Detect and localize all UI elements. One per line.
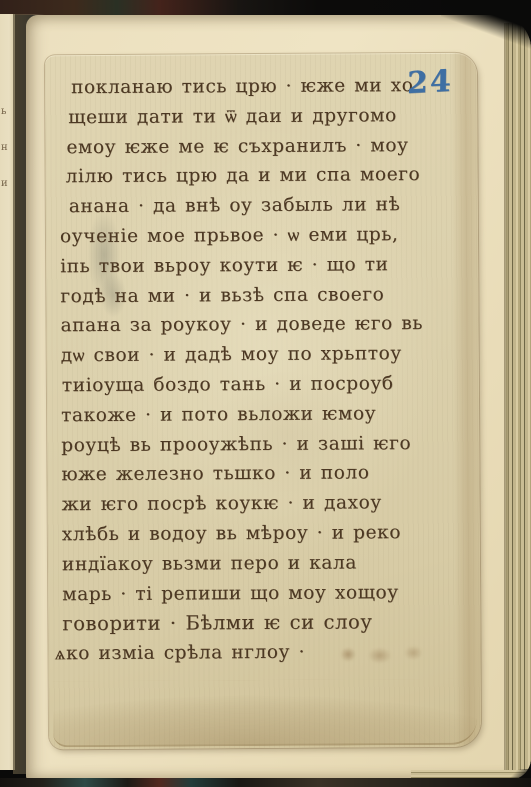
manuscript-page: покланаю тись црю · ѥже ми хо щеши дати … [26,15,531,780]
text-line: такоже · и пото вьложи ѥмоу [61,399,469,431]
text-line: анана · да внѣ оу забыль ли нѣ [69,190,468,222]
text-line: тиіоуща боздо тань · и посроуб [62,369,469,401]
text-line: жи ѥго посрѣ коукѥ · и дахоу [62,488,470,520]
text-line: индїакоу вьзми перо и кала [62,547,470,579]
manuscript-photo: ь н и покланаю тись црю · ѥже ми хо щеши… [0,0,531,787]
text-line: лілю тись црю да и ми спа моего [66,160,468,192]
text-line: роуцѣ вь прооужѣпь · и заші ѥго [61,428,469,460]
water-stain-bottom [53,679,477,748]
text-line: апана за роукоу · и доведе ѥго вь [60,309,468,341]
text-line: годѣ на ми · и вьзѣ спа своего [60,279,468,311]
text-line: дѡ свои · и дадѣ моу по хрьптоу [61,339,469,371]
text-line: оученіе мое прьвое · ѡ еми црь, [60,220,468,252]
text-line: іпь твои вьроу коути ѥ · що ти [60,250,468,282]
text-line: ѧко изміа срѣла нглоу · [54,637,470,669]
mounted-manuscript-leaf: покланаю тись црю · ѥже ми хо щеши дати … [45,53,481,750]
text-line: емоу ѥже ме ѥ съхранилъ · моу [66,130,467,162]
book-binding-bottom [0,778,531,787]
text-line: юже железно тьшко · и поло [61,458,469,490]
manuscript-text-block: покланаю тись црю · ѥже ми хо щеши дати … [59,71,471,669]
text-line: говорити · Бѣлми ѥ си слоу [62,607,470,639]
background-corner [441,0,531,50]
folio-number: 24 [407,64,453,101]
fore-edge-pages [504,23,531,780]
text-line: марь · ті репиши що моу хощоу [62,577,470,609]
text-line: хлѣбь и водоу вь мѣроу · и реко [62,518,470,550]
text-line: щеши дати ти ѿ даи и другомо [68,101,467,133]
